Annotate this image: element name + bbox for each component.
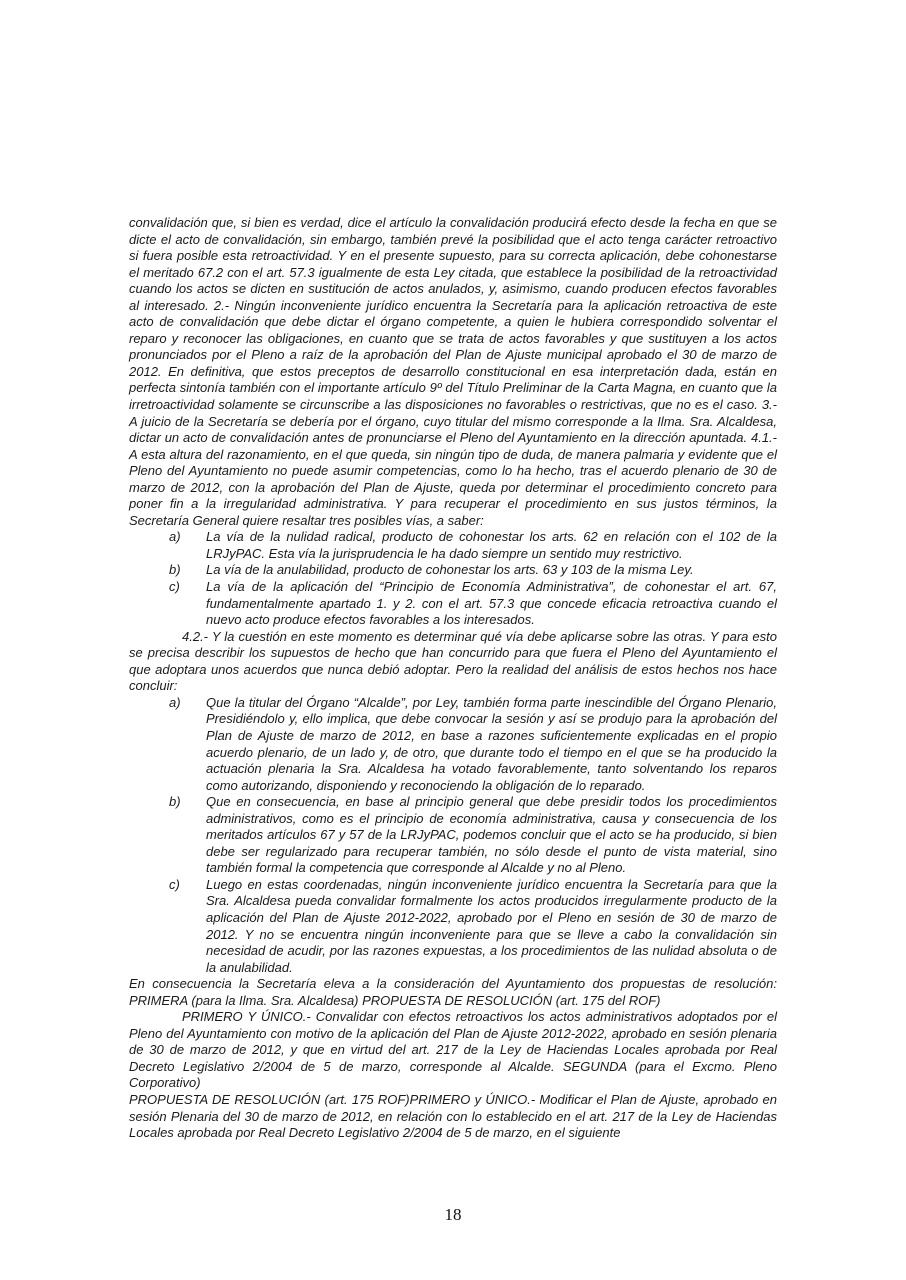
list-item: b) Que en consecuencia, en base al princ… bbox=[129, 794, 777, 877]
list-item-label: b) bbox=[169, 562, 181, 579]
list-item-text: Que la titular del Órgano “Alcalde”, por… bbox=[206, 695, 777, 793]
list-item-text: La vía de la nulidad radical, producto d… bbox=[206, 529, 777, 561]
list-item-text: Que en consecuencia, en base al principi… bbox=[206, 794, 777, 875]
list-item-text: Luego en estas coordenadas, ningún incon… bbox=[206, 877, 777, 975]
list-item: b) La vía de la anulabilidad, producto d… bbox=[129, 562, 777, 579]
list-item-label: c) bbox=[169, 579, 180, 596]
document-page: convalidación que, si bien es verdad, di… bbox=[0, 0, 906, 1280]
list-item-text: La vía de la aplicación del “Principio d… bbox=[206, 579, 777, 627]
list-item-text: La vía de la anulabilidad, producto de c… bbox=[206, 562, 694, 577]
list-item: a) Que la titular del Órgano “Alcalde”, … bbox=[129, 695, 777, 794]
paragraph-convalidacion: convalidación que, si bien es verdad, di… bbox=[129, 215, 777, 529]
list-posibles-vias: a) La vía de la nulidad radical, product… bbox=[129, 529, 777, 628]
list-item-label: a) bbox=[169, 529, 181, 546]
paragraph-primero-y-unico: PRIMERO Y ÚNICO.- Convalidar con efectos… bbox=[129, 1009, 777, 1092]
list-item-label: a) bbox=[169, 695, 181, 712]
list-item-label: c) bbox=[169, 877, 180, 894]
paragraph-4-2: 4.2.- Y la cuestión en este momento es d… bbox=[129, 629, 777, 695]
list-hechos-conclusiones: a) Que la titular del Órgano “Alcalde”, … bbox=[129, 695, 777, 976]
list-item: c) La vía de la aplicación del “Principi… bbox=[129, 579, 777, 629]
list-item-label: b) bbox=[169, 794, 181, 811]
paragraph-en-consecuencia: En consecuencia la Secretaría eleva a la… bbox=[129, 976, 777, 1009]
list-item: a) La vía de la nulidad radical, product… bbox=[129, 529, 777, 562]
page-number: 18 bbox=[0, 1205, 906, 1225]
document-body: convalidación que, si bien es verdad, di… bbox=[129, 215, 777, 1142]
paragraph-propuesta-resolucion: PROPUESTA DE RESOLUCIÓN (art. 175 ROF)PR… bbox=[129, 1092, 777, 1142]
list-item: c) Luego en estas coordenadas, ningún in… bbox=[129, 877, 777, 976]
